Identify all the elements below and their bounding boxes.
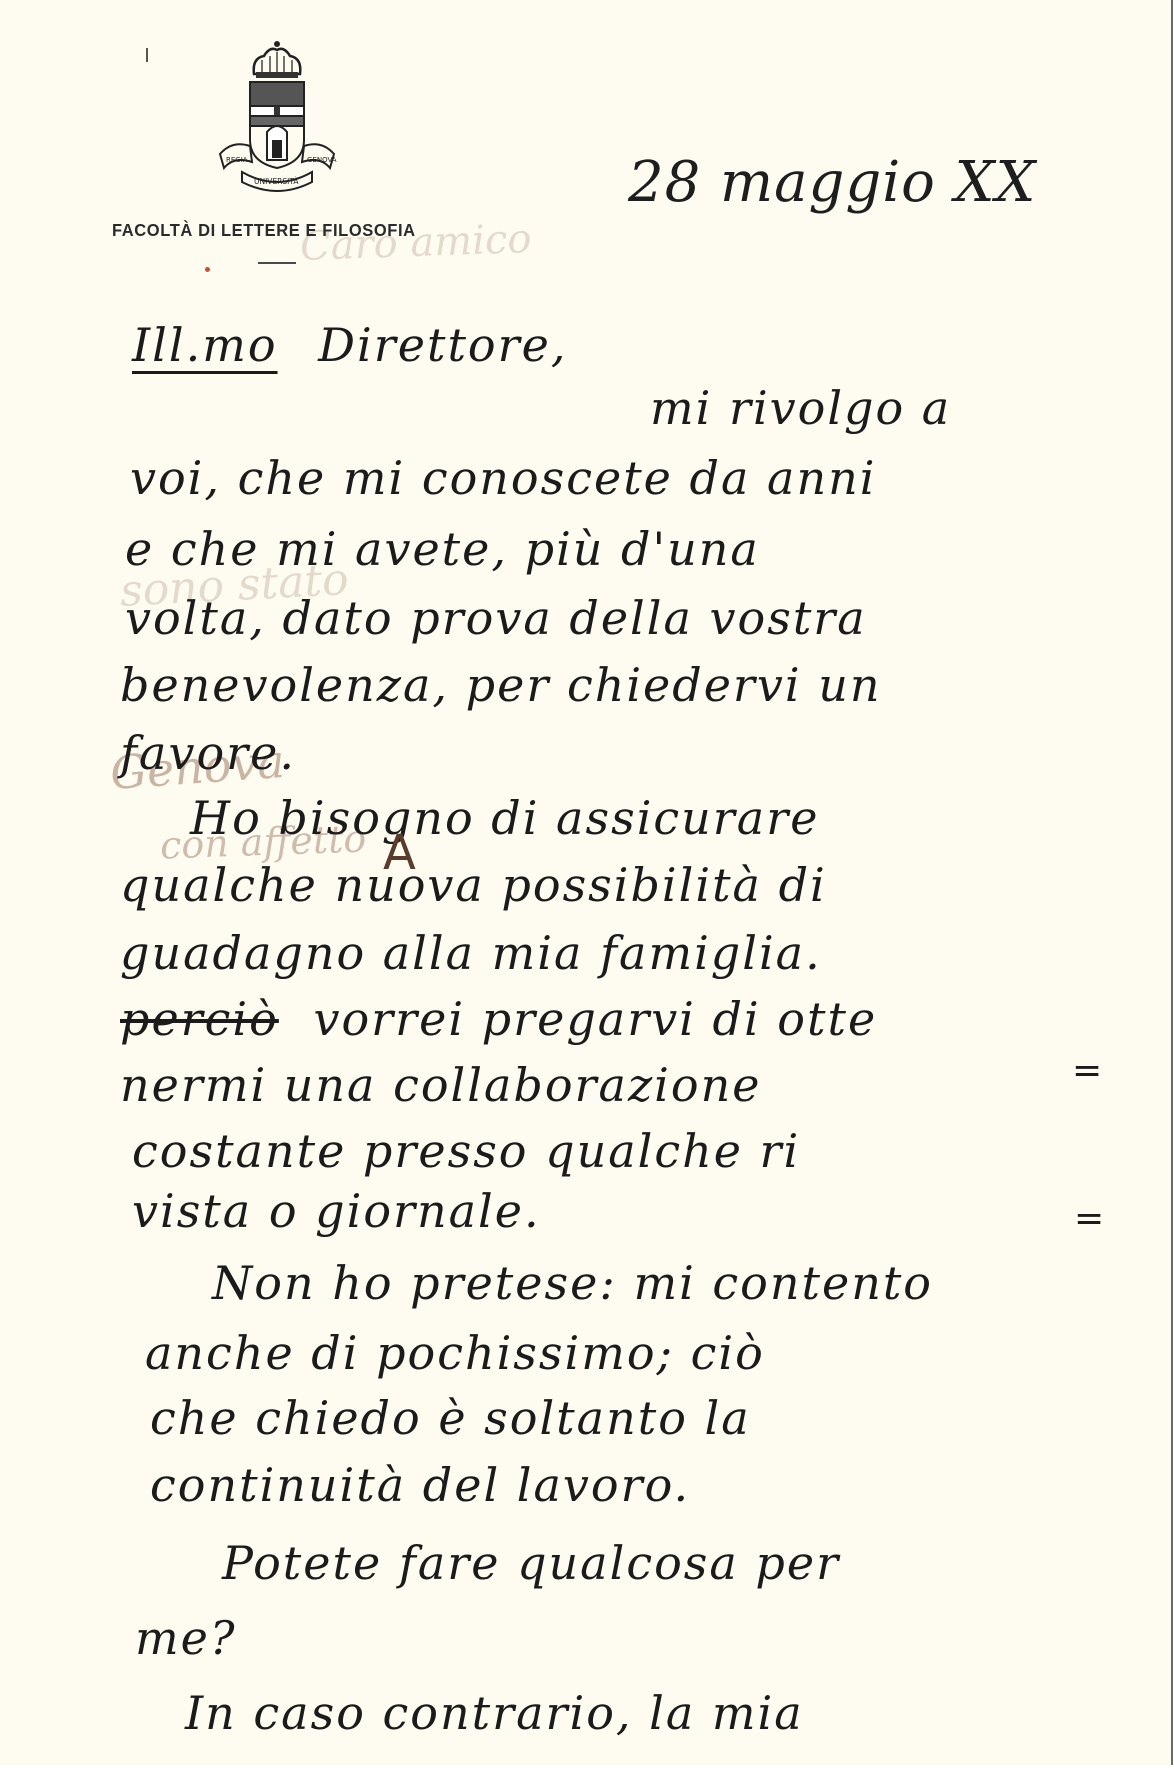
body-line: continuità del lavoro. [150, 1462, 690, 1508]
body-line: guadagno alla mia famiglia. [120, 930, 822, 976]
body-line: mi rivolgo a [650, 385, 951, 431]
body-line: perciò vorrei pregarvi di otte [120, 996, 877, 1042]
body-line: me? [135, 1615, 237, 1661]
salutation-abbr: Ill.mo [132, 318, 278, 372]
body-line: voi, che mi conoscete da anni [130, 455, 876, 501]
body-line: vista o giornale. [132, 1188, 541, 1234]
body-line: volta, dato prova della vostra [125, 595, 867, 641]
svg-text:UNIVERSITÀ: UNIVERSITÀ [254, 177, 299, 186]
margin-annotation: A [383, 825, 416, 881]
body-line: anche di pochissimo; ciò [145, 1330, 765, 1376]
hyphen-mark: = [1074, 1198, 1104, 1239]
letter-date: 28 maggio XX [628, 150, 1036, 215]
body-line-text: vorrei pregarvi di otte [313, 992, 877, 1046]
letterhead: REGIA GENOVA UNIVERSITÀ FACOLTÀ DI LETTE… [112, 30, 422, 270]
body-line: Ho bisogno di assicurare [190, 795, 819, 841]
body-line: Non ho pretese: mi contento [212, 1260, 933, 1306]
struck-word: perciò [120, 992, 279, 1046]
body-line: qualche nuova possibilità di [120, 862, 827, 908]
university-crest-icon: REGIA GENOVA UNIVERSITÀ [212, 36, 342, 196]
hyphen-mark: = [1072, 1050, 1102, 1091]
body-line: favore. [120, 730, 296, 776]
ink-spot [205, 267, 210, 272]
faculty-heading: FACOLTÀ DI LETTERE E FILOSOFIA [112, 222, 422, 242]
salutation: Ill.mo Direttore, [132, 322, 567, 368]
body-line: che chiedo è soltanto la [150, 1395, 751, 1441]
salutation-title: Direttore, [318, 318, 567, 372]
body-line: e che mi avete, più d'una [125, 526, 760, 572]
body-line: costante presso qualche ri [132, 1128, 800, 1174]
letter-page: Caro amico sono stato Genova con affetto… [0, 0, 1173, 1765]
svg-text:GENOVA: GENOVA [307, 156, 337, 164]
svg-text:REGIA: REGIA [226, 156, 248, 164]
body-line: benevolenza, per chiedervi un [120, 662, 882, 708]
body-line: nermi una collaborazione [120, 1062, 761, 1108]
body-line: In caso contrario, la mia [185, 1690, 804, 1736]
body-line: Potete fare qualcosa per [222, 1540, 840, 1586]
letterhead-rule [258, 262, 296, 264]
